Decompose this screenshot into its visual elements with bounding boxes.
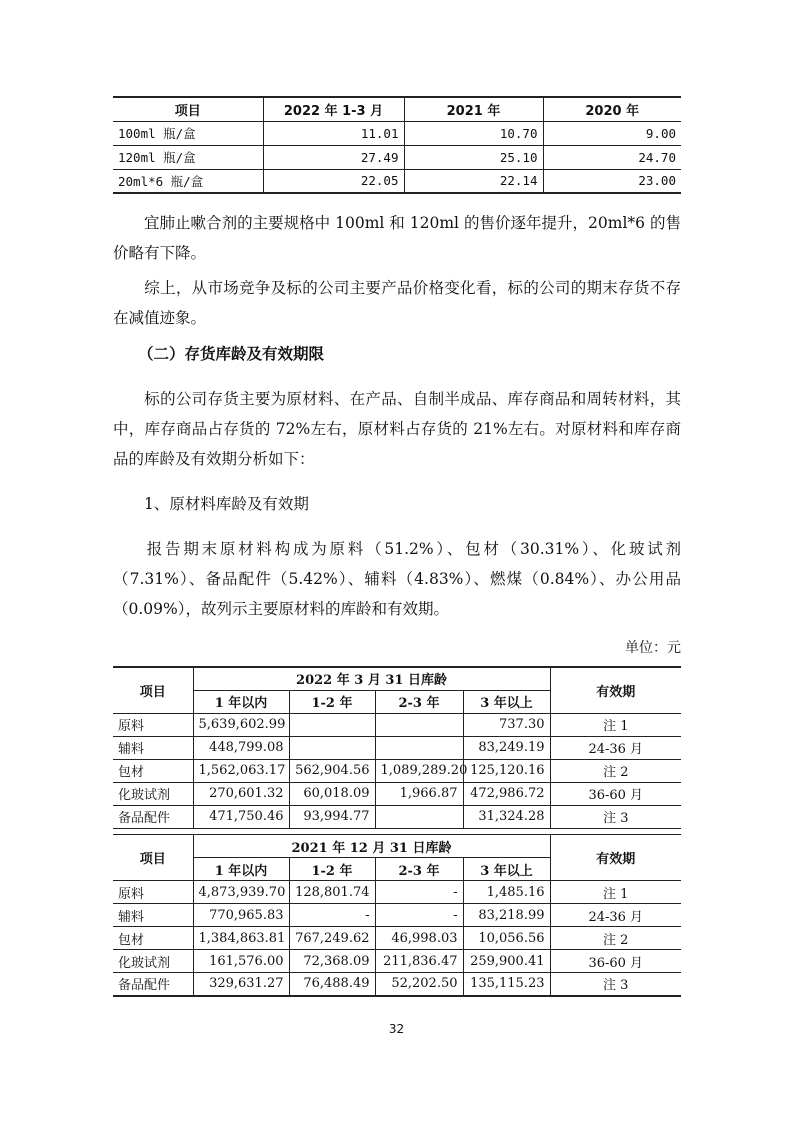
cell-value: 22.14 xyxy=(404,169,543,193)
price-table: 项目 2022 年 1-3 月 2021 年 2020 年 100ml 瓶/盒 … xyxy=(113,96,681,194)
cell-validity: 24-36 月 xyxy=(550,904,681,927)
cell-validity: 注 1 xyxy=(550,713,681,736)
aging-table-header-row-1: 项目 2022 年 3 月 31 日库龄 有效期 xyxy=(113,667,681,690)
cell-value: 135,115.23 xyxy=(463,973,550,996)
paragraph-text: 宜肺止嗽合剂的主要规格中 100ml 和 120ml 的售价逐年提升，20ml*… xyxy=(113,214,681,262)
cell-value: 125,120.16 xyxy=(463,759,550,782)
cell-value: 25.10 xyxy=(404,145,543,169)
header-item: 项目 xyxy=(113,97,263,121)
aging-table-header-row-1: 项目 2021 年 12 月 31 日库龄 有效期 xyxy=(113,835,681,858)
cell-item: 原料 xyxy=(113,713,193,736)
header-2020: 2020 年 xyxy=(543,97,681,121)
cell-validity: 24-36 月 xyxy=(550,736,681,759)
page-number: 32 xyxy=(0,1022,793,1036)
header-2021: 2021 年 xyxy=(404,97,543,121)
header-age-within-1y: 1 年以内 xyxy=(193,690,289,713)
cell-validity: 注 2 xyxy=(550,759,681,782)
table-row: 辅料 770,965.83 - - 83,218.99 24-36 月 xyxy=(113,904,681,927)
cell-value: 562,904.56 xyxy=(289,759,375,782)
cell-item: 备品配件 xyxy=(113,805,193,828)
cell-value: - xyxy=(375,904,463,927)
header-age-1-2y: 1-2 年 xyxy=(289,690,375,713)
cell-value: 1,485.16 xyxy=(463,881,550,904)
header-period: 2022 年 3 月 31 日库龄 xyxy=(193,667,550,690)
header-item: 项目 xyxy=(113,667,193,713)
header-item: 项目 xyxy=(113,835,193,881)
paragraph-raw-material-composition: 报告期末原材料构成为原料（51.2%）、包材（30.31%）、化玻试剂（7.31… xyxy=(113,534,681,624)
table-row: 包材 1,562,063.17 562,904.56 1,089,289.20 … xyxy=(113,759,681,782)
cell-validity: 注 3 xyxy=(550,805,681,828)
cell-value: 1,384,863.81 xyxy=(193,927,289,950)
cell-value: 76,488.49 xyxy=(289,973,375,996)
cell-value: 93,994.77 xyxy=(289,805,375,828)
cell-value: 10,056.56 xyxy=(463,927,550,950)
table-row: 备品配件 471,750.46 93,994.77 31,324.28 注 3 xyxy=(113,805,681,828)
cell-item: 化玻试剂 xyxy=(113,950,193,973)
header-age-1-2y: 1-2 年 xyxy=(289,858,375,881)
section-heading: （二）存货库龄及有效期限 xyxy=(138,339,324,369)
cell-value: 27.49 xyxy=(263,145,404,169)
header-age-over-3y: 3 年以上 xyxy=(463,690,550,713)
cell-value: 1,562,063.17 xyxy=(193,759,289,782)
cell-item: 辅料 xyxy=(113,736,193,759)
cell-item: 20ml*6 瓶/盒 xyxy=(113,169,263,193)
aging-table-2021: 项目 2021 年 12 月 31 日库龄 有效期 1 年以内 1-2 年 2-… xyxy=(113,834,681,997)
paragraph-text: 标的公司存货主要为原材料、在产品、自制半成品、库存商品和周转材料，其中，库存商品… xyxy=(113,390,681,468)
cell-value: 24.70 xyxy=(543,145,681,169)
cell-value xyxy=(375,805,463,828)
cell-value xyxy=(375,736,463,759)
cell-item: 120ml 瓶/盒 xyxy=(113,145,263,169)
header-validity: 有效期 xyxy=(550,835,681,881)
cell-value xyxy=(289,713,375,736)
cell-value: 5,639,602.99 xyxy=(193,713,289,736)
cell-value: 9.00 xyxy=(543,121,681,145)
table-row: 化玻试剂 161,576.00 72,368.09 211,836.47 259… xyxy=(113,950,681,973)
cell-item: 备品配件 xyxy=(113,973,193,996)
cell-value: 259,900.41 xyxy=(463,950,550,973)
table-row: 备品配件 329,631.27 76,488.49 52,202.50 135,… xyxy=(113,973,681,996)
table-row: 原料 4,873,939.70 128,801.74 - 1,485.16 注 … xyxy=(113,881,681,904)
price-table-header: 项目 2022 年 1-3 月 2021 年 2020 年 xyxy=(113,97,681,121)
header-age-within-1y: 1 年以内 xyxy=(193,858,289,881)
table-row: 原料 5,639,602.99 737.30 注 1 xyxy=(113,713,681,736)
cell-value: 211,836.47 xyxy=(375,950,463,973)
table-row: 120ml 瓶/盒 27.49 25.10 24.70 xyxy=(113,145,681,169)
cell-item: 辅料 xyxy=(113,904,193,927)
cell-value: 22.05 xyxy=(263,169,404,193)
paragraph-text: 报告期末原材料构成为原料（51.2%）、包材（30.31%）、化玻试剂（7.31… xyxy=(113,540,681,618)
cell-value: 1,089,289.20 xyxy=(375,759,463,782)
table-row: 100ml 瓶/盒 11.01 10.70 9.00 xyxy=(113,121,681,145)
cell-validity: 注 2 xyxy=(550,927,681,950)
paragraph-text: 综上，从市场竞争及标的公司主要产品价格变化看，标的公司的期末存货不存在减值迹象。 xyxy=(113,279,681,327)
document-page: 项目 2022 年 1-3 月 2021 年 2020 年 100ml 瓶/盒 … xyxy=(0,0,793,1122)
header-period: 2021 年 12 月 31 日库龄 xyxy=(193,835,550,858)
header-validity: 有效期 xyxy=(550,667,681,713)
cell-item: 包材 xyxy=(113,927,193,950)
cell-value: 128,801.74 xyxy=(289,881,375,904)
cell-value: 60,018.09 xyxy=(289,782,375,805)
cell-value xyxy=(375,713,463,736)
cell-value: 46,998.03 xyxy=(375,927,463,950)
table-row: 辅料 448,799.08 83,249.19 24-36 月 xyxy=(113,736,681,759)
cell-value: 471,750.46 xyxy=(193,805,289,828)
cell-value: - xyxy=(375,881,463,904)
cell-validity: 36-60 月 xyxy=(550,782,681,805)
paragraph-inventory-composition: 标的公司存货主要为原材料、在产品、自制半成品、库存商品和周转材料，其中，库存商品… xyxy=(113,384,681,474)
table-row: 化玻试剂 270,601.32 60,018.09 1,966.87 472,9… xyxy=(113,782,681,805)
cell-value: 10.70 xyxy=(404,121,543,145)
cell-value: 11.01 xyxy=(263,121,404,145)
cell-value: 52,202.50 xyxy=(375,973,463,996)
cell-value: 83,218.99 xyxy=(463,904,550,927)
cell-value: 161,576.00 xyxy=(193,950,289,973)
header-age-2-3y: 2-3 年 xyxy=(375,690,463,713)
cell-item: 化玻试剂 xyxy=(113,782,193,805)
cell-value: 23.00 xyxy=(543,169,681,193)
header-age-2-3y: 2-3 年 xyxy=(375,858,463,881)
cell-value: 72,368.09 xyxy=(289,950,375,973)
cell-value: 737.30 xyxy=(463,713,550,736)
header-age-over-3y: 3 年以上 xyxy=(463,858,550,881)
cell-item: 包材 xyxy=(113,759,193,782)
cell-validity: 注 1 xyxy=(550,881,681,904)
cell-value: 767,249.62 xyxy=(289,927,375,950)
cell-item: 100ml 瓶/盒 xyxy=(113,121,263,145)
unit-label: 单位：元 xyxy=(625,637,681,657)
cell-value: 329,631.27 xyxy=(193,973,289,996)
cell-value: 472,986.72 xyxy=(463,782,550,805)
cell-validity: 注 3 xyxy=(550,973,681,996)
subsection-heading: 1、原材料库龄及有效期 xyxy=(144,489,309,519)
cell-value: 31,324.28 xyxy=(463,805,550,828)
cell-value: 1,966.87 xyxy=(375,782,463,805)
cell-value xyxy=(289,736,375,759)
cell-validity: 36-60 月 xyxy=(550,950,681,973)
cell-item: 原料 xyxy=(113,881,193,904)
header-2022q1: 2022 年 1-3 月 xyxy=(263,97,404,121)
cell-value: 270,601.32 xyxy=(193,782,289,805)
aging-table-2022q1: 项目 2022 年 3 月 31 日库龄 有效期 1 年以内 1-2 年 2-3… xyxy=(113,666,681,829)
paragraph-conclusion: 综上，从市场竞争及标的公司主要产品价格变化看，标的公司的期末存货不存在减值迹象。 xyxy=(113,273,681,333)
cell-value: 448,799.08 xyxy=(193,736,289,759)
cell-value: 83,249.19 xyxy=(463,736,550,759)
cell-value: 4,873,939.70 xyxy=(193,881,289,904)
cell-value: 770,965.83 xyxy=(193,904,289,927)
cell-value: - xyxy=(289,904,375,927)
table-row: 包材 1,384,863.81 767,249.62 46,998.03 10,… xyxy=(113,927,681,950)
paragraph-price-trend: 宜肺止嗽合剂的主要规格中 100ml 和 120ml 的售价逐年提升，20ml*… xyxy=(113,208,681,268)
table-row: 20ml*6 瓶/盒 22.05 22.14 23.00 xyxy=(113,169,681,193)
